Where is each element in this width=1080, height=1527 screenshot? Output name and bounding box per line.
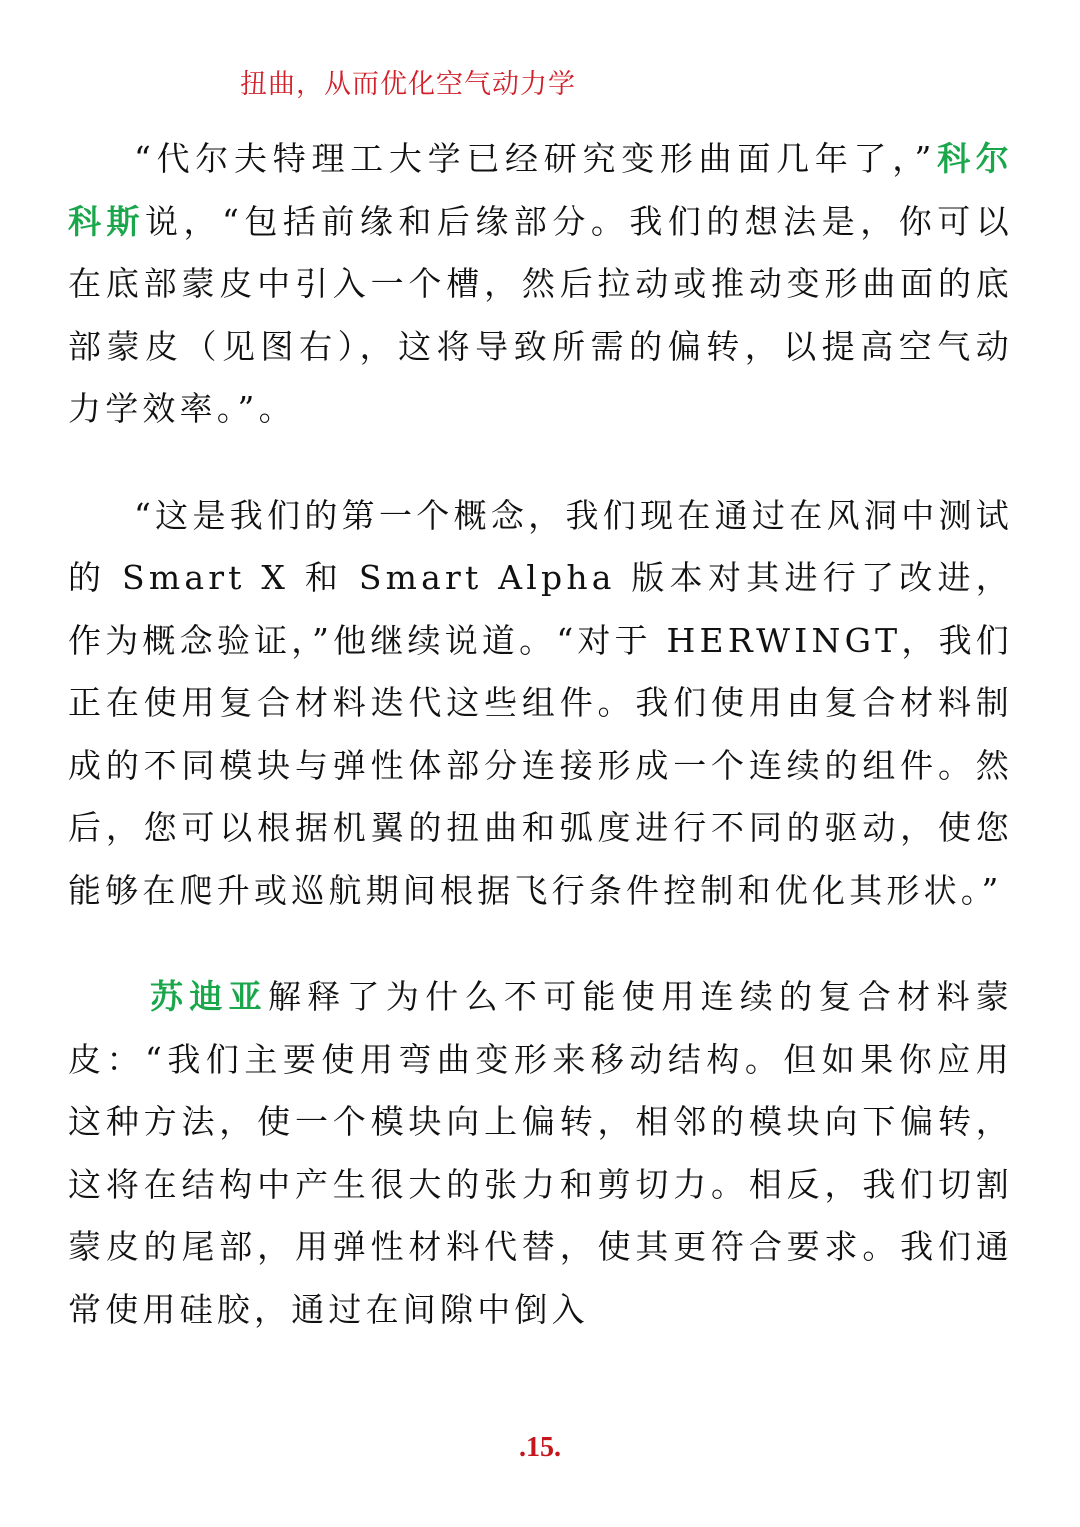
section-caption: 扭曲，从而优化空气动力学 <box>240 62 576 101</box>
paragraph-1-lead: “代尔夫特理工大学已经研究变形曲面几年了，” <box>134 139 936 178</box>
paragraph-1-text: 说，“包括前缘和后缘部分。我们的想法是，你可以在底部蒙皮中引入一个槽，然后拉动或… <box>68 202 1013 429</box>
speaker-name-sudiya: 苏迪亚 <box>150 977 268 1016</box>
paragraph-3-text: 解释了为什么不可能使用连续的复合材料蒙皮：“我们主要使用弯曲变形来移动结构。但如… <box>68 977 1013 1329</box>
paragraph-2: “这是我们的第一个概念，我们现在通过在风洞中测试的 Smart X 和 Smar… <box>68 485 1013 923</box>
paragraph-2-text: “这是我们的第一个概念，我们现在通过在风洞中测试的 Smart X 和 Smar… <box>68 496 1013 910</box>
article-body: “代尔夫特理工大学已经研究变形曲面几年了，”科尔科斯说，“包括前缘和后缘部分。我… <box>68 128 1013 1385</box>
page-number: .15. <box>0 1432 1080 1464</box>
paragraph-3: 苏迪亚解释了为什么不可能使用连续的复合材料蒙皮：“我们主要使用弯曲变形来移动结构… <box>68 966 1013 1341</box>
paragraph-1: “代尔夫特理工大学已经研究变形曲面几年了，”科尔科斯说，“包括前缘和后缘部分。我… <box>68 128 1013 441</box>
